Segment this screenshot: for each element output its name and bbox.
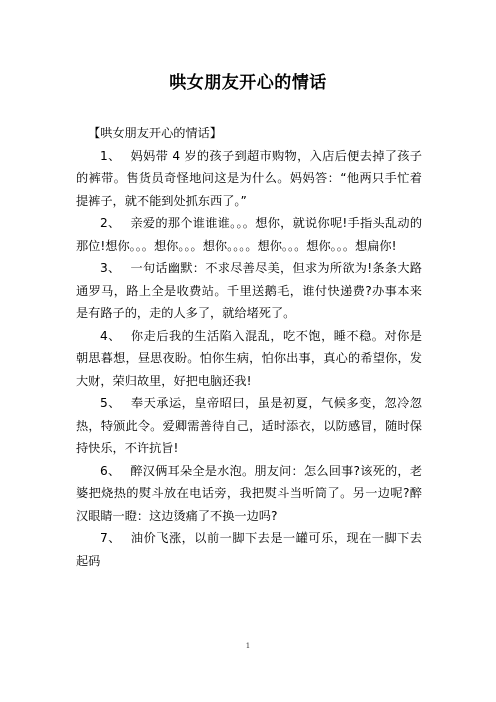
paragraph-number: 2、: [100, 216, 120, 230]
document-page: 哄女朋友开心的情话 【哄女朋友开心的情话】 1、妈妈带 4 岁的孩子到超市购物，…: [0, 0, 496, 702]
paragraph-7: 7、油价飞涨，以前一脚下去是一罐可乐，现在一脚下去起码: [76, 527, 422, 572]
paragraph-2: 2、亲爱的那个谁谁谁。。。想你，就说你呢!手指头乱动的那位!想你。。。想你。。。…: [76, 212, 422, 257]
document-body: 【哄女朋友开心的情话】 1、妈妈带 4 岁的孩子到超市购物，入店后便去掉了孩子的…: [76, 122, 422, 572]
paragraph-5: 5、奉天承运，皇帝昭曰，虽是初夏，气候多变，忽冷忽热，特颁此令。爱卿需善待自己，…: [76, 392, 422, 460]
page-number: 1: [0, 642, 496, 650]
paragraph-text: 油价飞涨，以前一脚下去是一罐可乐，现在一脚下去起码: [76, 531, 422, 568]
paragraph-text: 你走后我的生活陷入混乱，吃不饱，睡不稳。对你是朝思暮想，昼思夜盼。怕你生病，怕你…: [76, 329, 422, 388]
paragraph-3: 3、一句话幽默：不求尽善尽美，但求为所欲为!条条大路通罗马，路上全是收费站。千里…: [76, 257, 422, 325]
paragraph-text: 妈妈带 4 岁的孩子到超市购物，入店后便去掉了孩子的裤带。售货员奇怪地问这是为什…: [76, 149, 422, 208]
section-heading: 【哄女朋友开心的情话】: [76, 122, 422, 145]
document-title: 哄女朋友开心的情话: [0, 68, 496, 93]
paragraph-number: 6、: [100, 464, 120, 478]
paragraph-text: 奉天承运，皇帝昭曰，虽是初夏，气候多变，忽冷忽热，特颁此令。爱卿需善待自己，适时…: [76, 396, 422, 455]
paragraph-number: 1、: [100, 149, 121, 163]
paragraph-4: 4、你走后我的生活陷入混乱，吃不饱，睡不稳。对你是朝思暮想，昼思夜盼。怕你生病，…: [76, 325, 422, 393]
paragraph-number: 7、: [100, 531, 121, 545]
paragraph-text: 亲爱的那个谁谁谁。。。想你，就说你呢!手指头乱动的那位!想你。。。想你。。。想你…: [76, 216, 422, 253]
paragraph-number: 3、: [100, 261, 121, 275]
paragraph-text: 醉汉俩耳朵全是水泡。朋友问：怎么回事?该死的，老婆把烧热的熨斗放在电话旁，我把熨…: [76, 464, 422, 523]
paragraph-6: 6、醉汉俩耳朵全是水泡。朋友问：怎么回事?该死的，老婆把烧热的熨斗放在电话旁，我…: [76, 460, 422, 528]
paragraph-text: 一句话幽默：不求尽善尽美，但求为所欲为!条条大路通罗马，路上全是收费站。千里送鹅…: [76, 261, 422, 320]
paragraph-1: 1、妈妈带 4 岁的孩子到超市购物，入店后便去掉了孩子的裤带。售货员奇怪地问这是…: [76, 145, 422, 213]
paragraph-number: 5、: [100, 396, 121, 410]
paragraph-number: 4、: [100, 329, 121, 343]
